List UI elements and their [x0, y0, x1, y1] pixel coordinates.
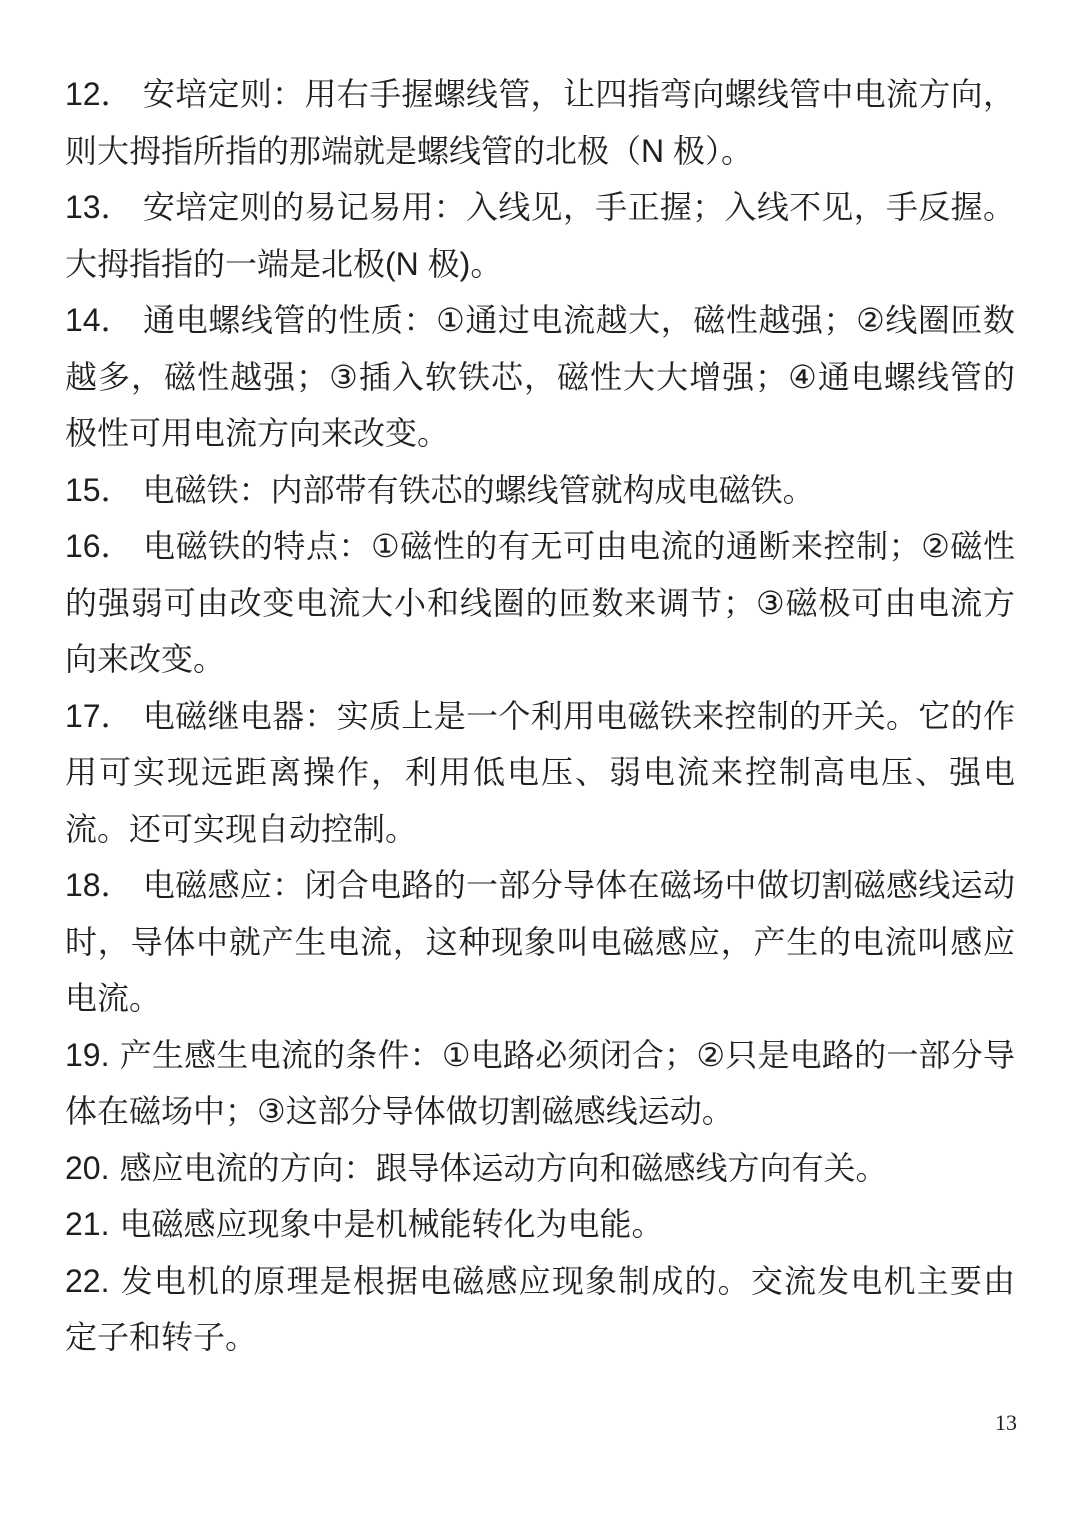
- item-number: 14．: [65, 292, 133, 349]
- item-text: 电磁铁：内部带有铁芯的螺线管就构成电磁铁。: [143, 472, 815, 508]
- item-text: 电磁感应：闭合电路的一部分导体在磁场中做切割磁感线运动时，导体中就产生电流，这种…: [65, 867, 1015, 1016]
- item-text: 产生感生电流的条件：①电路必须闭合；②只是电路的一部分导体在磁场中；③这部分导体…: [65, 1037, 1015, 1130]
- item-text: 电磁感应现象中是机械能转化为电能。: [119, 1206, 663, 1242]
- item-text: 电磁继电器：实质上是一个利用电磁铁来控制的开关。它的作用可实现远距离操作，利用低…: [65, 698, 1015, 847]
- list-item: 13．安培定则的易记易用：入线见，手正握；入线不见，手反握。大拇指指的一端是北极…: [65, 179, 1015, 292]
- list-item: 12．安培定则：用右手握螺线管，让四指弯向螺线管中电流方向，则大拇指所指的那端就…: [65, 66, 1015, 179]
- notes-list: 12．安培定则：用右手握螺线管，让四指弯向螺线管中电流方向，则大拇指所指的那端就…: [65, 66, 1015, 1366]
- list-item: 18．电磁感应：闭合电路的一部分导体在磁场中做切割磁感线运动时，导体中就产生电流…: [65, 857, 1015, 1027]
- list-item: 16．电磁铁的特点：①磁性的有无可由电流的通断来控制；②磁性的强弱可由改变电流大…: [65, 518, 1015, 688]
- item-text: 通电螺线管的性质：①通过电流越大，磁性越强；②线圈匝数越多，磁性越强；③插入软铁…: [65, 302, 1015, 451]
- list-item: 15．电磁铁：内部带有铁芯的螺线管就构成电磁铁。: [65, 462, 1015, 519]
- item-text: 感应电流的方向：跟导体运动方向和磁感线方向有关。: [119, 1150, 887, 1186]
- item-number: 15．: [65, 462, 133, 519]
- item-number: 13．: [65, 179, 133, 236]
- list-item: 22.发电机的原理是根据电磁感应现象制成的。交流发电机主要由定子和转子。: [65, 1253, 1015, 1366]
- item-text: 安培定则：用右手握螺线管，让四指弯向螺线管中电流方向，则大拇指所指的那端就是螺线…: [65, 76, 1015, 169]
- list-item: 19.产生感生电流的条件：①电路必须闭合；②只是电路的一部分导体在磁场中；③这部…: [65, 1027, 1015, 1140]
- list-item: 14．通电螺线管的性质：①通过电流越大，磁性越强；②线圈匝数越多，磁性越强；③插…: [65, 292, 1015, 462]
- list-item: 20.感应电流的方向：跟导体运动方向和磁感线方向有关。: [65, 1140, 1015, 1197]
- item-text: 发电机的原理是根据电磁感应现象制成的。交流发电机主要由定子和转子。: [65, 1263, 1015, 1356]
- item-number: 16．: [65, 518, 133, 575]
- item-text: 安培定则的易记易用：入线见，手正握；入线不见，手反握。大拇指指的一端是北极(N …: [65, 189, 1015, 282]
- document-page: 12．安培定则：用右手握螺线管，让四指弯向螺线管中电流方向，则大拇指所指的那端就…: [0, 0, 1080, 1528]
- item-number: 17．: [65, 688, 133, 745]
- list-item: 17．电磁继电器：实质上是一个利用电磁铁来控制的开关。它的作用可实现远距离操作，…: [65, 688, 1015, 858]
- item-number: 12．: [65, 66, 133, 123]
- item-number: 19.: [65, 1027, 109, 1084]
- item-number: 21.: [65, 1196, 109, 1253]
- list-item: 21.电磁感应现象中是机械能转化为电能。: [65, 1196, 1015, 1253]
- item-text: 电磁铁的特点：①磁性的有无可由电流的通断来控制；②磁性的强弱可由改变电流大小和线…: [65, 528, 1015, 677]
- item-number: 18．: [65, 857, 133, 914]
- page-number: 13: [995, 1410, 1017, 1436]
- item-number: 20.: [65, 1140, 109, 1197]
- item-number: 22.: [65, 1253, 109, 1310]
